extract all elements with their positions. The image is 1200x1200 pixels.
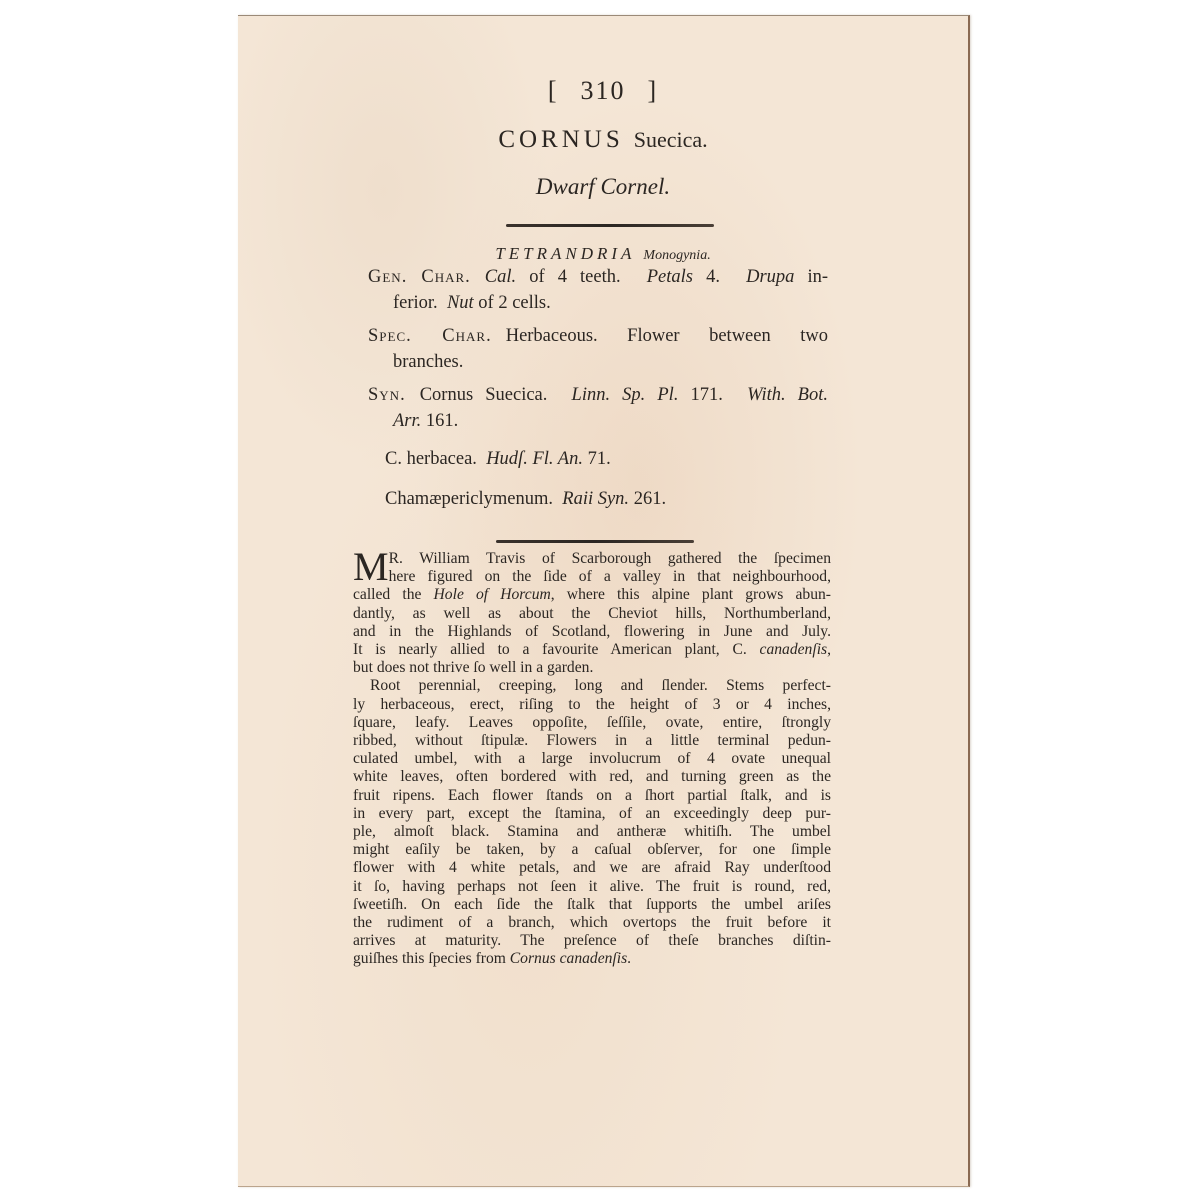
bracket-open: [ xyxy=(548,76,559,105)
text: Chamæpericlymenum. xyxy=(385,489,558,509)
species-name: Suecica. xyxy=(634,127,708,152)
gen-char-label: Gen. Char. xyxy=(368,267,471,287)
text: called the xyxy=(353,586,434,603)
spec-char-line-1: Spec. Char.Herbaceous. Flower between tw… xyxy=(368,323,828,349)
genus-name: CORNUS xyxy=(498,126,623,153)
text: 4. xyxy=(693,267,733,287)
text: It is nearly allied to a favourite Ameri… xyxy=(353,641,760,658)
text-italic: Hudſ. Fl. An. xyxy=(486,449,583,469)
text-line: ſquare, leafy. Leaves oppoſite, ſeſſile,… xyxy=(353,714,831,732)
paragraph-1: M R. William Travis of Scarborough gathe… xyxy=(353,550,831,677)
text-line: and in the Highlands of Scotland, flower… xyxy=(353,623,831,641)
paragraph-2: Root perennial, creeping, long and ſlend… xyxy=(353,677,831,968)
text-line: called the Hole of Horcum, where this al… xyxy=(353,586,831,604)
text: 261. xyxy=(629,489,666,509)
generic-character: Gen. Char.Cal. of 4 teeth. Petals 4. Dru… xyxy=(368,264,828,316)
syn-line-2: Arr. 161. xyxy=(368,408,828,434)
text-line: ple, almoſt black. Stamina and antheræ w… xyxy=(353,823,831,841)
text-italic: Raii Syn. xyxy=(562,489,629,509)
text-line: dantly, as well as about the Cheviot hil… xyxy=(353,605,831,623)
syn-line-1: Syn.Cornus Suecica. Linn. Sp. Pl. 171. W… xyxy=(368,382,828,408)
spec-char-label: Spec. Char. xyxy=(368,326,492,346)
syn-label: Syn. xyxy=(368,385,406,405)
text-line: the rudiment of a branch, which overtops… xyxy=(353,914,831,932)
text: guiſhes this ſpecies from xyxy=(353,950,510,967)
text-italic: Petals xyxy=(647,267,693,287)
text-line: it ſo, having perhaps not ſeen it alive.… xyxy=(353,878,831,896)
text-italic: Hole of Horcum xyxy=(434,586,551,603)
text-line: but does not thrive ſo well in a garden. xyxy=(353,659,831,677)
text-line: here figured on the ſide of a valley in … xyxy=(353,568,831,586)
text: R. xyxy=(389,550,403,567)
text-line: ly herbaceous, erect, riſing to the heig… xyxy=(353,696,831,714)
specific-character: Spec. Char.Herbaceous. Flower between tw… xyxy=(368,323,828,375)
book-page: [310] CORNUSSuecica. Dwarf Cornel. TETRA… xyxy=(238,15,970,1187)
text: 161. xyxy=(421,411,458,431)
text: , where this alpine plant grows abun- xyxy=(551,586,831,603)
text-line: culated umbel, with a large involucrum o… xyxy=(353,750,831,768)
text: , xyxy=(827,641,831,658)
text-italic: canadenſis xyxy=(760,641,828,658)
text-italic: Cornus canadenſis xyxy=(510,950,627,967)
text: Cornus Suecica. xyxy=(420,385,560,405)
text-italic: Nut xyxy=(447,293,474,313)
text: ferior. xyxy=(393,293,442,313)
divider-rule-bottom xyxy=(496,540,694,543)
text-line: arrives at maturity. The preſence of the… xyxy=(353,932,831,950)
text-line: white leaves, often bordered with red, a… xyxy=(353,768,831,786)
text: 171. xyxy=(678,385,735,405)
drop-cap: M xyxy=(353,552,389,582)
text: of 2 cells. xyxy=(474,293,551,313)
page-number: [310] xyxy=(238,76,968,106)
text-italic: Arr. xyxy=(393,411,421,431)
synonyms: Syn.Cornus Suecica. Linn. Sp. Pl. 171. W… xyxy=(368,382,828,434)
order-name: Monogynia. xyxy=(643,248,710,263)
class-name: TETRANDRIA xyxy=(495,244,635,263)
text: Herbaceous. Flower between two xyxy=(506,326,828,346)
text-italic: Drupa xyxy=(746,267,794,287)
text-italic: Cal. xyxy=(485,267,516,287)
common-name: Dwarf Cornel. xyxy=(238,174,968,200)
spec-char-line-2: branches. xyxy=(368,349,828,375)
text: 71. xyxy=(583,449,611,469)
text-line: ribbed, without ſtipulæ. Flowers in a li… xyxy=(353,732,831,750)
text: William Travis of Scarborough gathered t… xyxy=(403,550,831,567)
gen-char-line-1: Gen. Char.Cal. of 4 teeth. Petals 4. Dru… xyxy=(368,264,828,290)
text-line: guiſhes this ſpecies from Cornus canaden… xyxy=(353,950,831,968)
gen-char-line-2: ferior. Nut of 2 cells. xyxy=(368,290,828,316)
synonym-chamaepericlymenum: Chamæpericlymenum. Raii Syn. 261. xyxy=(385,486,845,512)
linnaean-classification: TETRANDRIAMonogynia. xyxy=(238,244,968,264)
text: C. herbacea. xyxy=(385,449,482,469)
text-line: might eaſily be taken, by a caſual obſer… xyxy=(353,841,831,859)
text-line: It is nearly allied to a favourite Ameri… xyxy=(353,641,831,659)
synonym-herbacea: C. herbacea. Hudſ. Fl. An. 71. xyxy=(385,446,845,472)
text-line: fruit ripens. Each flower ſtands on a ſh… xyxy=(353,787,831,805)
page-number-value: 310 xyxy=(581,76,626,105)
text-line: R. William Travis of Scarborough gathere… xyxy=(353,550,831,568)
text-line: ſweetiſh. On each ſide the ſtalk that ſu… xyxy=(353,896,831,914)
divider-rule-top xyxy=(506,224,714,227)
descriptive-text: M R. William Travis of Scarborough gathe… xyxy=(353,550,831,969)
text-italic: Linn. Sp. Pl. xyxy=(572,385,679,405)
text-italic: With. Bot. xyxy=(747,385,828,405)
text: of 4 teeth. xyxy=(516,267,634,287)
text: in- xyxy=(794,267,828,287)
text-line: in every part, except the ſtamina, of an… xyxy=(353,805,831,823)
species-title: CORNUSSuecica. xyxy=(238,126,968,154)
text-line: Root perennial, creeping, long and ſlend… xyxy=(353,677,831,695)
bracket-close: ] xyxy=(648,76,659,105)
text: . xyxy=(627,950,631,967)
text-line: flower with 4 white petals, and we are a… xyxy=(353,859,831,877)
